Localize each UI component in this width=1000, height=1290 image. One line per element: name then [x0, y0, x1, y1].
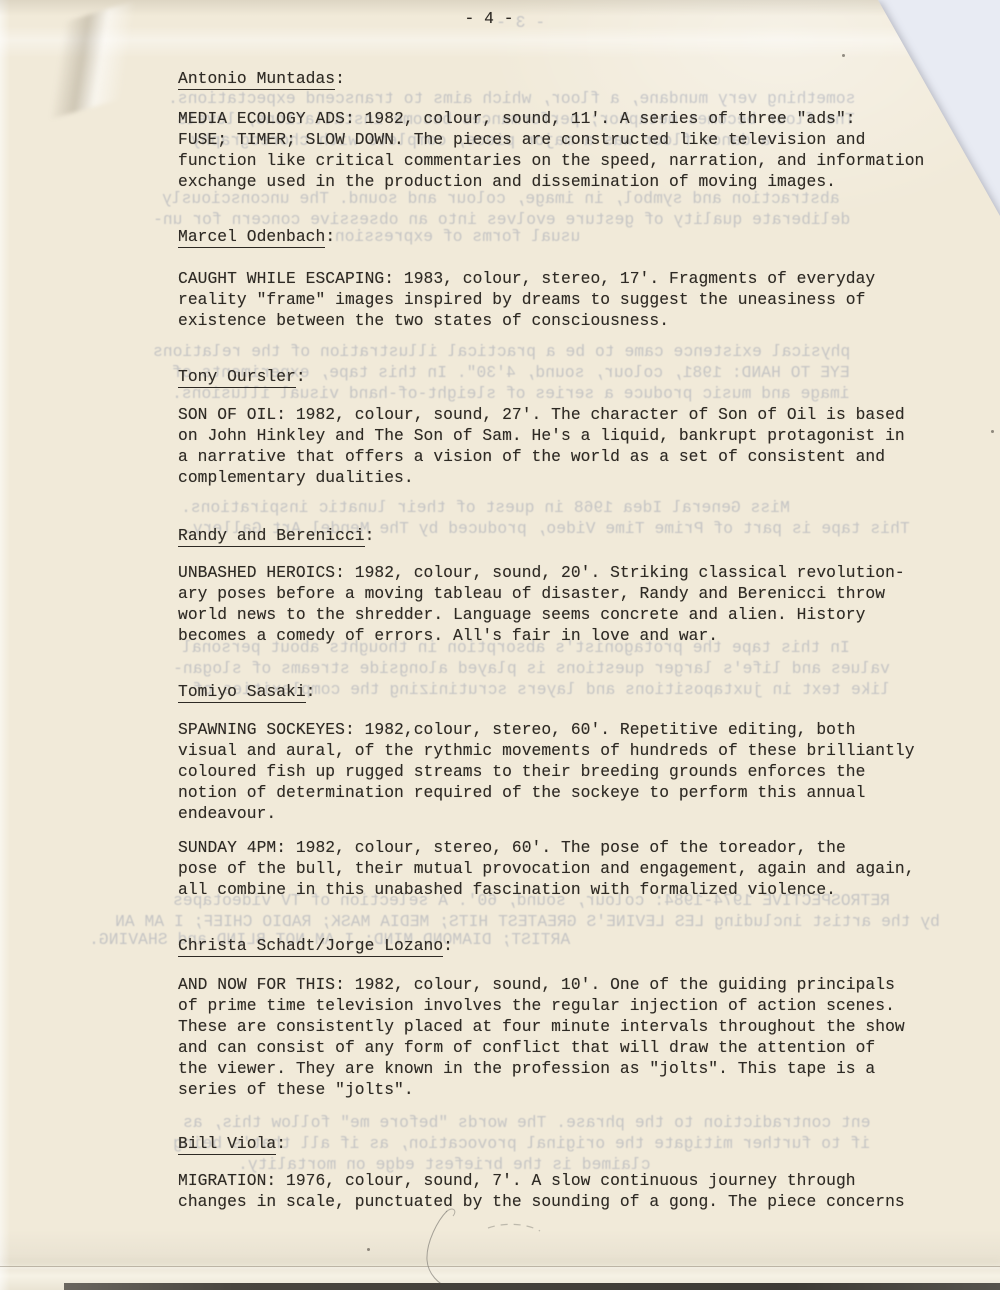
ghost-text-line: by the artist including LES LEVINE'S GRE…	[115, 911, 940, 932]
artist-heading-oursler: Tony Oursler:	[178, 366, 306, 387]
heading-colon: :	[306, 682, 316, 701]
artist-heading-viola: Bill Viola:	[178, 1133, 286, 1154]
artist-name: Bill Viola	[178, 1134, 276, 1155]
paper-speck	[842, 54, 845, 57]
heading-colon: :	[365, 526, 375, 545]
ghost-text-line: usual forms of expression.	[325, 226, 580, 247]
ghost-text-line: ent contradiction to the phrase. The wor…	[183, 1112, 870, 1133]
scanned-document-page: - 3 - something very mundane, a floor, w…	[0, 0, 1000, 1290]
paper-speck	[991, 430, 994, 433]
page-number: - 4 -	[0, 8, 978, 29]
artist-name: Christa Schadt/Jorge Lozano	[178, 936, 443, 957]
artist-name: Antonio Muntadas	[178, 69, 335, 90]
artist-name: Tony Oursler	[178, 367, 296, 388]
artist-name: Tomiyo Sasaki	[178, 682, 306, 703]
work-description: SON OF OIL: 1982, colour, sound, 27'. Th…	[178, 404, 905, 488]
work-description: MEDIA ECOLOGY ADS: 1982, colour, sound, …	[178, 108, 924, 192]
paper-speck	[367, 1248, 370, 1251]
heading-colon: :	[335, 69, 345, 88]
artist-heading-schadt-lozano: Christa Schadt/Jorge Lozano:	[178, 935, 453, 956]
heading-colon: :	[443, 936, 453, 955]
paper-sheet: - 3 - something very mundane, a floor, w…	[0, 0, 1000, 1290]
artist-heading-odenbach: Marcel Odenbach:	[178, 226, 335, 247]
heading-colon: :	[325, 227, 335, 246]
artist-name: Marcel Odenbach	[178, 227, 325, 248]
work-description: AND NOW FOR THIS: 1982, colour, sound, 1…	[178, 974, 905, 1100]
artist-heading-sasaki: Tomiyo Sasaki:	[178, 681, 316, 702]
hair-artifact	[408, 1202, 578, 1290]
artist-name: Randy and Berenicci	[178, 526, 365, 547]
work-description: SUNDAY 4PM: 1982, colour, stereo, 60'. T…	[178, 837, 915, 900]
heading-colon: :	[276, 1134, 286, 1153]
ghost-text-line: something very mundane, a floor, which a…	[168, 88, 855, 109]
ghost-text-line: physical existence came to be a practica…	[153, 341, 850, 362]
work-description: CAUGHT WHILE ESCAPING: 1983, colour, ste…	[178, 268, 875, 331]
ghost-text-line: values and life's larger questions is pl…	[173, 658, 890, 679]
ghost-text-line: Miss General Idea 1968 in quest of their…	[181, 497, 790, 518]
work-description: UNBASHED HEROICS: 1982, colour, sound, 2…	[178, 562, 905, 646]
artist-heading-randy-berenicci: Randy and Berenicci:	[178, 525, 374, 546]
heading-colon: :	[296, 367, 306, 386]
work-description: SPAWNING SOCKEYES: 1982,colour, stereo, …	[178, 719, 915, 824]
scan-edge-strip	[64, 1283, 1000, 1290]
artist-heading-muntadas: Antonio Muntadas:	[178, 68, 345, 89]
